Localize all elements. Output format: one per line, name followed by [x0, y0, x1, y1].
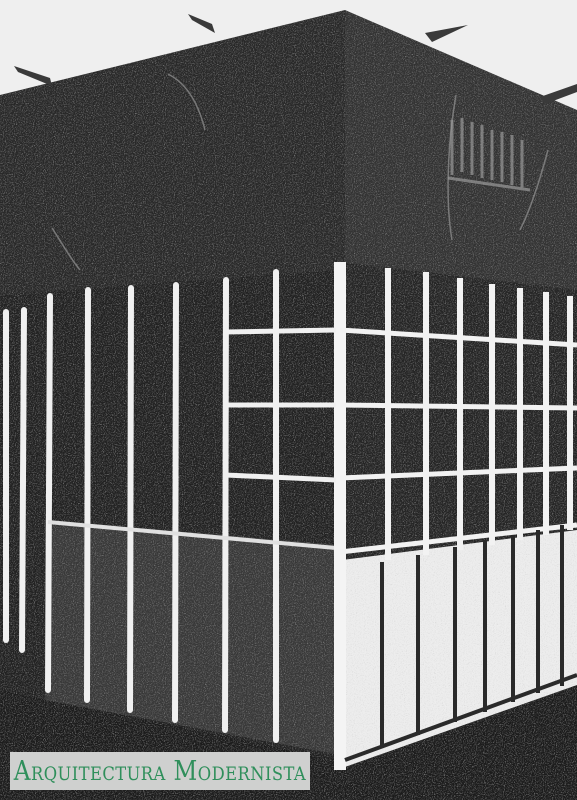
watermark-text: Arquitectura Modernista: [14, 758, 306, 785]
watermark-banner: Arquitectura Modernista: [10, 752, 310, 790]
photo-frame: Arquitectura Modernista: [0, 0, 577, 800]
kiosk-photograph: [0, 0, 577, 800]
